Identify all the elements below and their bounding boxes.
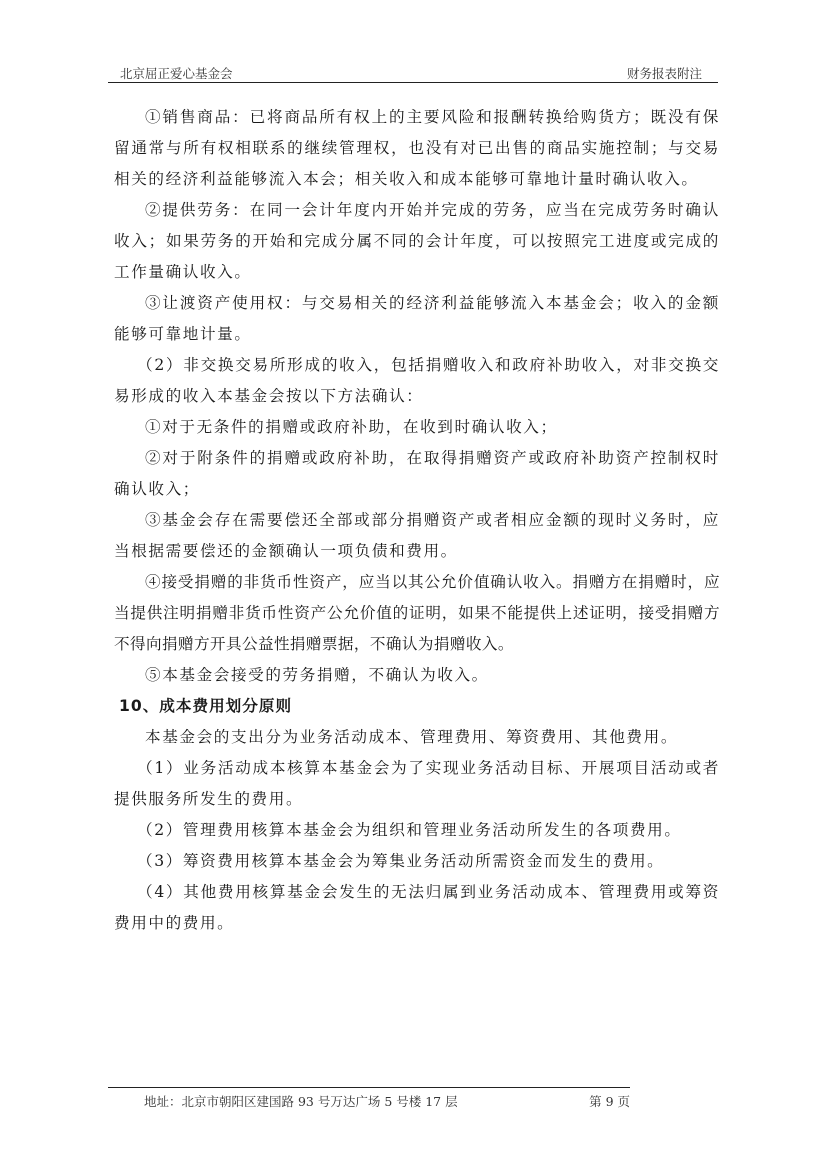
- paragraph-expense-categories: 本基金会的支出分为业务活动成本、管理费用、筹资费用、其他费用。: [114, 722, 720, 753]
- footer-address: 地址：北京市朝阳区建国路 93 号万达广场 5 号楼 17 层: [144, 1092, 458, 1110]
- paragraph-conditional-donation: ②对于附条件的捐赠或政府补助，在取得捐赠资产或政府补助资产控制权时确认收入；: [114, 443, 720, 505]
- paragraph-unconditional-donation: ①对于无条件的捐赠或政府补助，在收到时确认收入；: [114, 412, 720, 443]
- document-type: 财务报表附注: [627, 64, 702, 82]
- section-title-cost-principles: 10、成本费用划分原则: [114, 691, 720, 722]
- page-number: 第 9 页: [589, 1092, 630, 1110]
- page-content: ①销售商品：已将商品所有权上的主要风险和报酬转换给购货方；既没有保留通常与所有权…: [114, 102, 720, 939]
- page-footer: 地址：北京市朝阳区建国路 93 号万达广场 5 号楼 17 层 第 9 页: [108, 1087, 630, 1088]
- paragraph-asset-use-revenue: ③让渡资产使用权：与交易相关的经济利益能够流入本基金会；收入的金额能够可靠地计量…: [114, 288, 720, 350]
- paragraph-service-donation: ⑤本基金会接受的劳务捐赠，不确认为收入。: [114, 660, 720, 691]
- paragraph-other-expense: （4）其他费用核算基金会发生的无法归属到业务活动成本、管理费用或筹资费用中的费用…: [114, 877, 720, 939]
- paragraph-non-exchange-revenue: （2）非交换交易所形成的收入，包括捐赠收入和政府补助收入，对非交换交易形成的收入…: [114, 350, 720, 412]
- paragraph-fundraising-expense: （3）筹资费用核算本基金会为筹集业务活动所需资金而发生的费用。: [114, 846, 720, 877]
- paragraph-non-monetary-donation: ④接受捐赠的非货币性资产，应当以其公允价值确认收入。捐赠方在捐赠时，应当提供注明…: [114, 567, 720, 660]
- organization-name: 北京屈正爱心基金会: [120, 64, 233, 82]
- paragraph-service-revenue: ②提供劳务：在同一会计年度内开始并完成的劳务，应当在完成劳务时确认收入；如果劳务…: [114, 195, 720, 288]
- paragraph-management-expense: （2）管理费用核算本基金会为组织和管理业务活动所发生的各项费用。: [114, 815, 720, 846]
- page-header: 北京屈正爱心基金会 财务报表附注: [108, 62, 718, 83]
- paragraph-business-activity-cost: （1）业务活动成本核算本基金会为了实现业务活动目标、开展项目活动或者提供服务所发…: [114, 753, 720, 815]
- paragraph-sales-revenue: ①销售商品：已将商品所有权上的主要风险和报酬转换给购货方；既没有保留通常与所有权…: [114, 102, 720, 195]
- paragraph-repayment-obligation: ③基金会存在需要偿还全部或部分捐赠资产或者相应金额的现时义务时，应当根据需要偿还…: [114, 505, 720, 567]
